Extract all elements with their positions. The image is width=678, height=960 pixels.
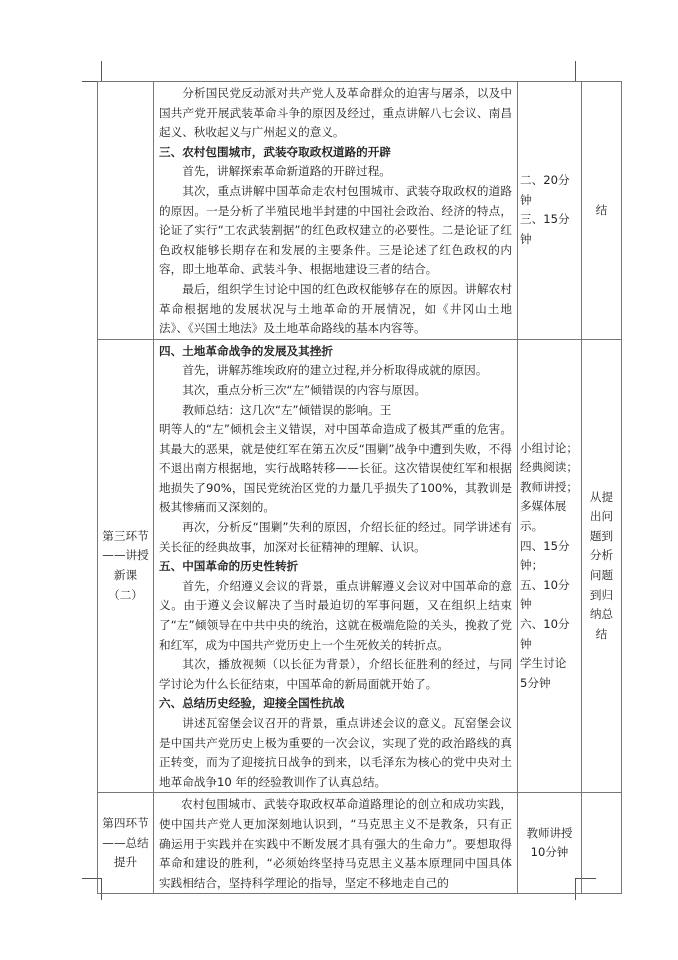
goal-cell xyxy=(582,793,622,894)
crop-mark-top-right-v xyxy=(575,61,576,82)
content-paragraph: 明等人的“左”倾机会主义错误，对中国革命造成了极其严重的危害。其最大的恶果，就是… xyxy=(159,420,512,518)
method-entry: 教师讲授； xyxy=(520,478,581,498)
time-entry: 学生讨论 xyxy=(520,654,581,674)
time-entry: 三、15分钟 xyxy=(520,210,581,249)
content-block: 农村包围城市、武装夺取政权革命道路理论的创立和成功实践，使中国共产党人更加深刻地… xyxy=(154,793,517,893)
section-heading: 五、中国革命的历史性转折 xyxy=(159,557,512,577)
content-paragraph: 再次，分析反“围剿”失利的原因，介绍长征的经过。同学讲述有关长征的经典故事，加深… xyxy=(159,518,512,557)
time-entry: 10分钟 xyxy=(518,843,581,863)
stage-cell-empty xyxy=(98,82,154,340)
time-cell: 二、20分钟 三、15分钟 xyxy=(518,82,582,340)
lesson-plan-table: 分析国民党反动派对共产党人及革命群众的迫害与屠杀，以及中国共产党开展武装革命斗争… xyxy=(97,81,622,894)
content-paragraph: 最后，组织学生讨论中国的红色政权能够存在的原因。讲解农村革命根据地的发展状况与土… xyxy=(159,280,512,339)
content-paragraph: 讲述瓦窑堡会议召开的背景，重点讲述会议的意义。瓦窑堡会议是中国共产党历史上极为重… xyxy=(159,714,512,792)
table-row-stage-4: 第四环节——总结提升 农村包围城市、武装夺取政权革命道路理论的创立和成功实践，使… xyxy=(98,793,622,894)
time-entry: 四、15分钟； xyxy=(520,537,581,576)
content-cell: 分析国民党反动派对共产党人及革命群众的迫害与屠杀，以及中国共产党开展武装革命斗争… xyxy=(154,82,518,340)
content-paragraph: 其次，重点分析三次“左”倾错误的内容与原因。 xyxy=(159,381,512,401)
content-paragraph: 首先，介绍遵义会议的背景，重点讲解遵义会议对中国革命的意义。由于遵义会议解决了当… xyxy=(159,577,512,655)
time-entry: 五、10分钟 xyxy=(520,576,581,615)
crop-mark-top-left-v xyxy=(101,61,102,82)
stage-label: 第三环节——讲授新课（二） xyxy=(98,339,154,793)
goal-cell: 从提出问题到分析问题到归纳总结 xyxy=(582,339,622,793)
content-cell: 四、土地革命战争的发展及其挫折 首先，讲解苏维埃政府的建立过程,并分析取得成就的… xyxy=(154,339,518,793)
content-paragraph: 农村包围城市、武装夺取政权革命道路理论的创立和成功实践，使中国共产党人更加深刻地… xyxy=(159,795,512,893)
content-paragraph: 其次，播放视频（以长征为背景），介绍长征胜利的经过，与同学讨论为什么长征结束，中… xyxy=(159,655,512,694)
method-entry: 多媒体展示。 xyxy=(520,497,581,536)
content-paragraph: 首先，讲解探索革命新道路的开辟过程。 xyxy=(159,162,512,182)
section-heading: 六、总结历史经验，迎接全国性抗战 xyxy=(159,694,512,714)
section-heading: 三、农村包围城市，武装夺取政权道路的开辟 xyxy=(159,143,512,163)
content-paragraph: 教师总结：这几次“左”倾错误的影响。王 xyxy=(159,401,512,421)
content-block: 四、土地革命战争的发展及其挫折 首先，讲解苏维埃政府的建立过程,并分析取得成就的… xyxy=(154,340,517,793)
content-paragraph: 其次，重点讲解中国革命走农村包围城市、武装夺取政权的道路的原因。一是分析了半殖民… xyxy=(159,182,512,280)
method-entry: 小组讨论； xyxy=(520,439,581,459)
table-row-stage-3: 第三环节——讲授新课（二） 四、土地革命战争的发展及其挫折 首先，讲解苏维埃政府… xyxy=(98,339,622,793)
method-entry: 教师讲授 xyxy=(518,824,581,844)
content-cell: 农村包围城市、武装夺取政权革命道路理论的创立和成功实践，使中国共产党人更加深刻地… xyxy=(154,793,518,894)
method-time-cell: 教师讲授 10分钟 xyxy=(518,793,582,894)
goal-cell: 结 xyxy=(582,82,622,340)
content-paragraph: 首先，讲解苏维埃政府的建立过程,并分析取得成就的原因。 xyxy=(159,361,512,381)
table-row-continuation: 分析国民党反动派对共产党人及革命群众的迫害与屠杀，以及中国共产党开展武装革命斗争… xyxy=(98,82,622,340)
time-entry: 二、20分钟 xyxy=(520,171,581,210)
content-paragraph: 分析国民党反动派对共产党人及革命群众的迫害与屠杀，以及中国共产党开展武装革命斗争… xyxy=(159,84,512,143)
section-heading: 四、土地革命战争的发展及其挫折 xyxy=(159,342,512,362)
content-block: 分析国民党反动派对共产党人及革命群众的迫害与屠杀，以及中国共产党开展武装革命斗争… xyxy=(154,82,517,339)
time-entry: 5分钟 xyxy=(520,674,581,694)
method-time-cell: 小组讨论； 经典阅读； 教师讲授； 多媒体展示。 四、15分钟； 五、10分钟 … xyxy=(518,339,582,793)
method-entry: 经典阅读； xyxy=(520,458,581,478)
time-entry: 六、10分钟 xyxy=(520,615,581,654)
stage-label: 第四环节——总结提升 xyxy=(98,793,154,894)
